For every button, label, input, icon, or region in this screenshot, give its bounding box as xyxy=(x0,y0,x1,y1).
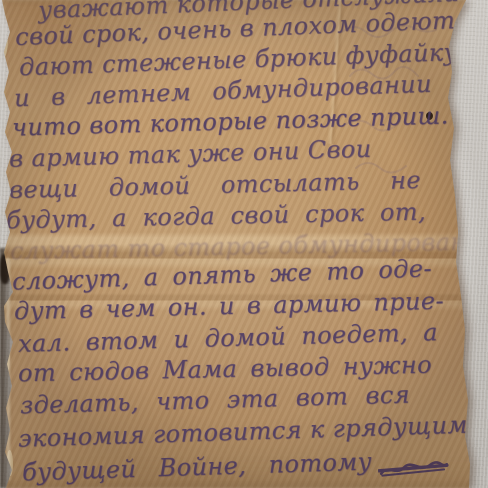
handwritten-line: будущей Войне, потому xyxy=(22,448,373,487)
letter-paper: уважают которые отслужили свой срок, оче… xyxy=(0,0,488,488)
crossed-out-scribble xyxy=(377,456,450,482)
paper-shadow-wrap: уважают которые отслужили свой срок, оче… xyxy=(0,0,488,488)
torn-edge-fiber xyxy=(3,142,8,164)
letter-photograph: уважают которые отслужили свой срок, оче… xyxy=(0,0,488,488)
torn-edge-fiber xyxy=(0,26,9,58)
handwritten-line: в армию так уже они Свои xyxy=(9,135,358,173)
torn-edge-highlight xyxy=(6,258,10,480)
